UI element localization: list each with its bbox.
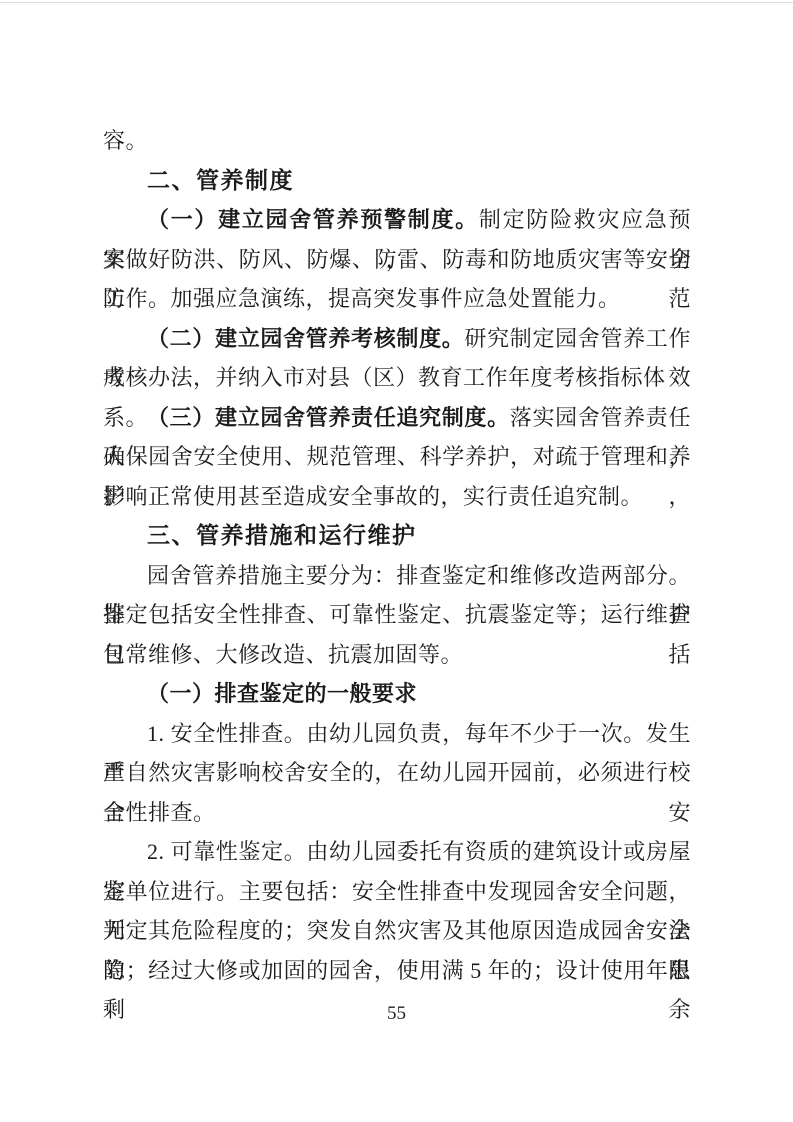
page-top-edge [0, 2, 793, 3]
paragraph-line: 2. 可靠性鉴定。由幼儿园委托有资质的建筑设计或房屋鉴 [103, 832, 691, 872]
body-text: 影响正常使用甚至造成安全事故的，实行责任追究制。 [103, 484, 643, 509]
text-line: 判定其危险程度的；突发自然灾害及其他原因造成园舍安全隐患 [103, 911, 691, 951]
document-page: 容。 二、管养制度 （一）建立园舍管养预警制度。制定防险救灾应急预案，切 实做好… [0, 0, 793, 1122]
bold-lead-text: （三）建立园舍管养责任追究制度。 [147, 405, 510, 430]
body-text: 容。 [103, 128, 148, 153]
section-heading-2: 二、管养制度 [103, 161, 691, 201]
section-heading-3: 三、管养措施和运行维护 [103, 516, 691, 556]
section-heading-text: 二、管养制度 [147, 167, 294, 193]
paragraph-tail-line: 工作。加强应急演练，提高突发事件应急处置能力。 [103, 279, 691, 319]
paragraph-line: 1. 安全性排查。由幼儿园负责，每年不少于一次。发生严 [103, 714, 691, 754]
body-text: 工作。加强应急演练，提高突发事件应急处置能力。 [103, 286, 621, 311]
text-line: 的；经过大修或加固的园舍，使用满 5 年的；设计使用年限剩余 [103, 951, 691, 991]
paragraph-line: （二）建立园舍管养考核制度。研究制定园舍管养工作成效 [103, 319, 691, 359]
section-heading-text: 三、管养措施和运行维护 [147, 522, 417, 548]
text-line: 鉴定包括安全性排查、可靠性鉴定、抗震鉴定等；运行维护包括 [103, 595, 691, 635]
paragraph-tail-line: 考核办法，并纳入市对县（区）教育工作年度考核指标体系。 [103, 358, 691, 398]
page-number: 55 [0, 999, 793, 1029]
body-text: 全性排查。 [103, 800, 216, 825]
text-line: 实做好防洪、防风、防爆、防雷、防毒和防地质灾害等安全防范 [103, 240, 691, 280]
text-line: 确保园舍安全使用、规范管理、科学养护，对疏于管理和养护， [103, 437, 691, 477]
paragraph-line: （一）建立园舍管养预警制度。制定防险救灾应急预案，切 [103, 200, 691, 240]
bold-lead-text: （一）建立园舍管养预警制度。 [147, 207, 479, 232]
body-text: 日常维修、大修改造、抗震加固等。 [103, 642, 463, 667]
paragraph-line: 园舍管养措施主要分为：排查鉴定和维修改造两部分。排查 [103, 556, 691, 596]
text-line: 定单位进行。主要包括：安全性排查中发现园舍安全问题，无法 [103, 872, 691, 912]
paragraph-tail-line: 容。 [103, 121, 691, 161]
subsection-heading: （一）排查鉴定的一般要求 [103, 674, 691, 714]
document-body: 容。 二、管养制度 （一）建立园舍管养预警制度。制定防险救灾应急预案，切 实做好… [103, 121, 691, 990]
text-line: 重自然灾害影响校舍安全的，在幼儿园开园前，必须进行校舍安 [103, 753, 691, 793]
bold-lead-text: （二）建立园舍管养考核制度。 [147, 326, 464, 351]
paragraph-line: （三）建立园舍管养责任追究制度。落实园舍管养责任人， [103, 398, 691, 438]
subsection-heading-text: （一）排查鉴定的一般要求 [147, 681, 417, 706]
paragraph-tail-line: 影响正常使用甚至造成安全事故的，实行责任追究制。 [103, 477, 691, 517]
